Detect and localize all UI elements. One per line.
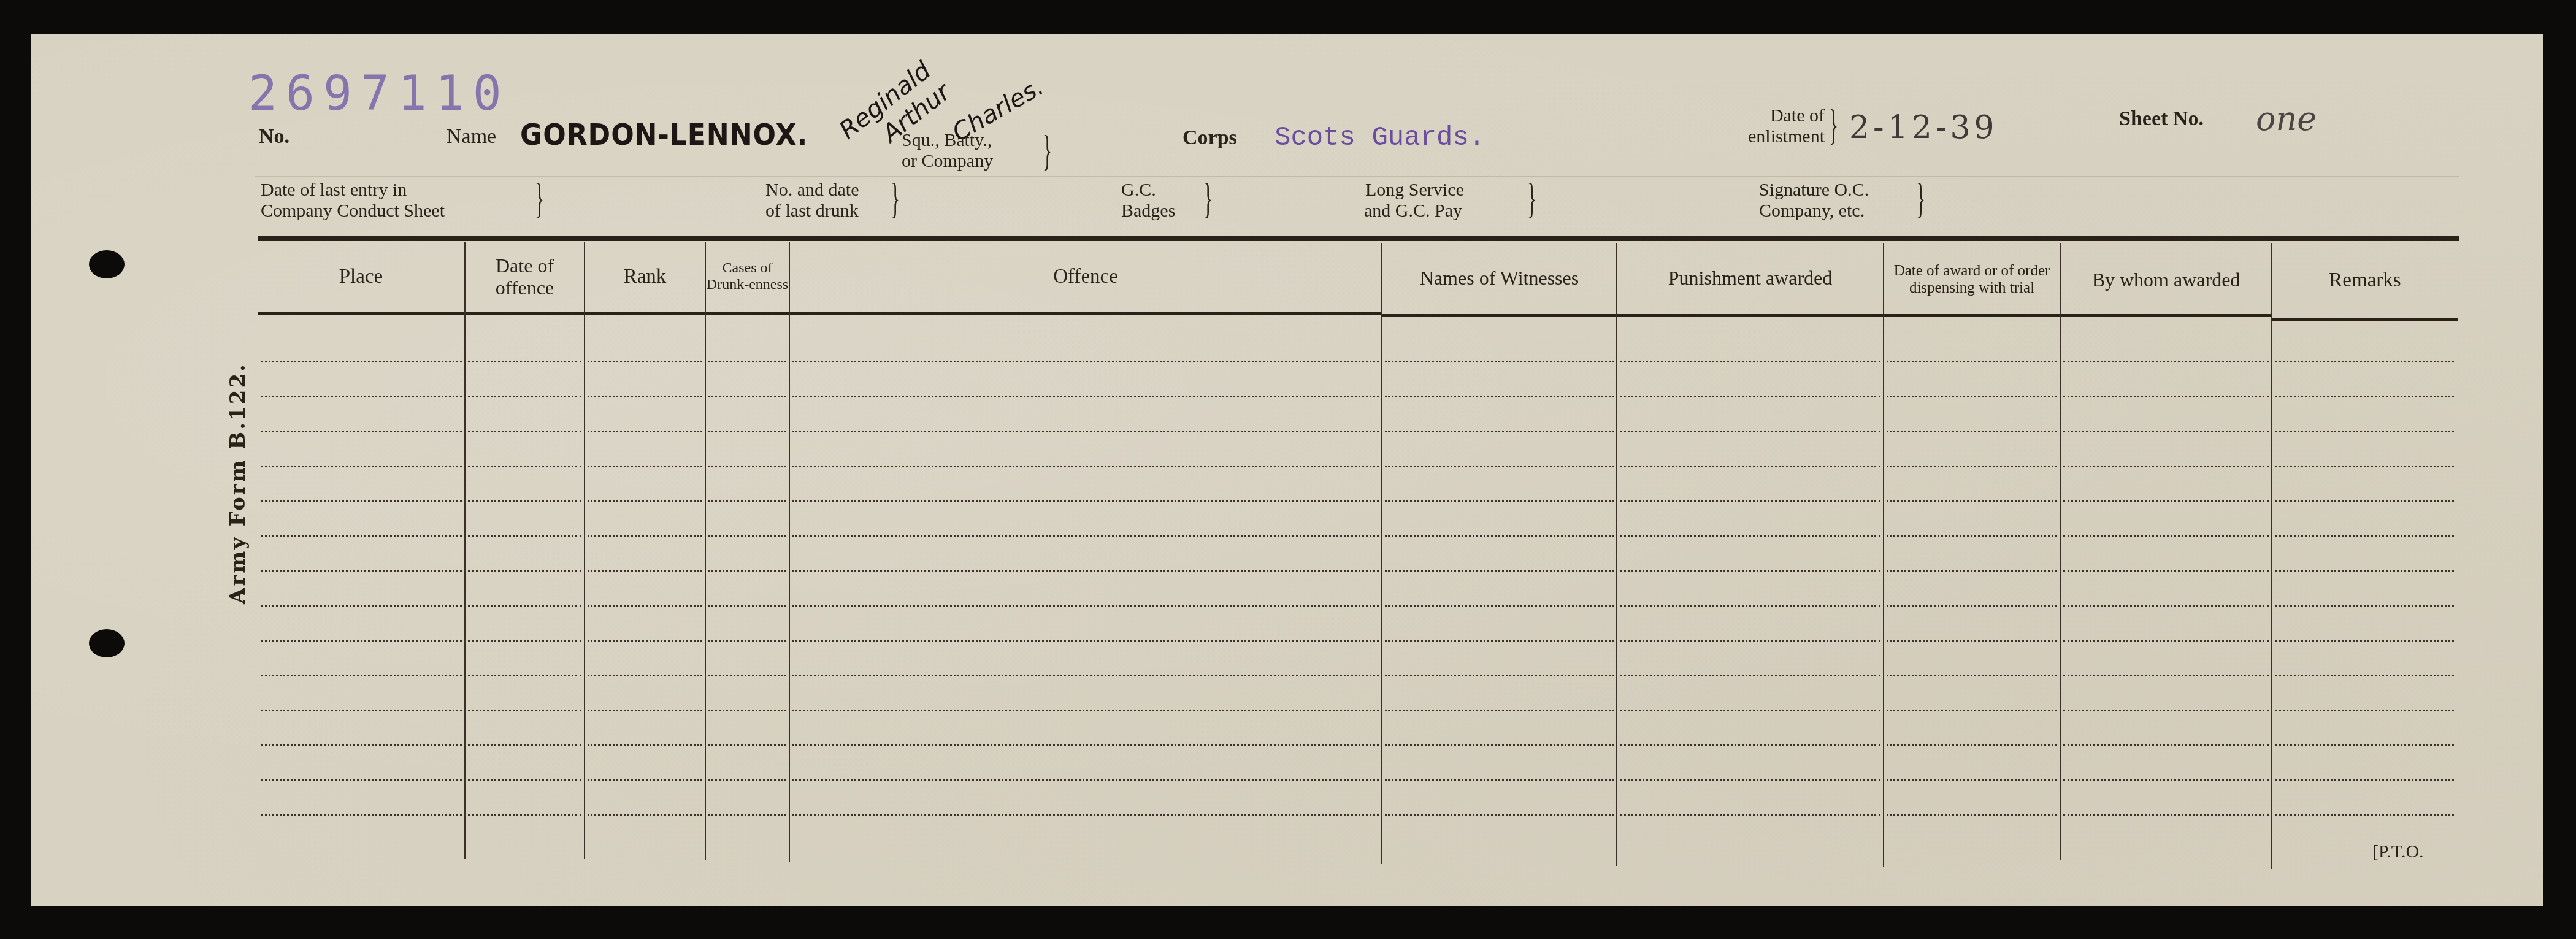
entry-row-line [792,500,1379,502]
entry-row-line [792,570,1379,572]
entry-row-line [1385,779,1614,781]
corps-value: Scots Guards. [1275,123,1485,153]
entry-row-line [588,500,702,502]
entry-row-line [792,744,1379,746]
entry-row-line [588,779,702,781]
entry-row-line [792,779,1379,781]
entry-row-line [1620,570,1880,572]
entry-row-line [588,640,702,642]
entry-row-line [468,605,581,607]
entry-row-line [261,396,462,397]
entry-row-line [468,710,581,711]
entry-row-line [588,570,702,572]
squ-label-line1: Squ., Batty., [902,130,992,150]
signature-label-line1: Signature O.C. [1759,180,1869,200]
enlistment-label-line2: enlistment [1717,126,1825,147]
entry-row-line [1620,675,1880,676]
col-header-offence: Offence [790,243,1381,310]
table-top-rule [258,236,2459,241]
entry-row-line [2063,500,2269,502]
gc-label-line1: G.C. [1121,180,1156,200]
entry-row-line [2275,396,2454,397]
entry-row-line [588,431,702,432]
column-divider [1616,243,1617,866]
entry-row-line [1385,466,1614,467]
punch-hole-top [89,250,125,278]
entry-row-line [2063,814,2269,816]
entry-row-line [708,570,786,572]
header-bottom-rule [2271,318,2458,321]
entry-row-line [468,640,581,642]
entry-row-line [2275,570,2454,572]
entry-row-line [2063,779,2269,781]
entry-row-line [708,744,786,746]
entry-row-line [792,396,1379,397]
entry-row-line [1887,431,2057,432]
entry-row-line [2275,466,2454,467]
column-divider [2271,243,2272,869]
entry-row-line [708,710,786,711]
brace: } [1829,104,1838,147]
entry-row-line [1385,814,1614,816]
entry-row-line [1620,396,1880,397]
entry-row-line [1620,710,1880,711]
sheet-no-label: Sheet No. [2119,108,2204,130]
entry-row-line [1620,466,1880,467]
entry-row-line [588,814,702,816]
entry-row-line [468,675,581,676]
entry-row-line [708,431,786,432]
entry-row-line [468,431,581,432]
punch-hole-bottom [89,629,125,657]
entry-row-line [792,814,1379,816]
column-divider [2060,243,2061,860]
entry-row-line [261,710,462,711]
entry-row-line [1887,466,2057,467]
entry-row-line [261,570,462,572]
entry-row-line [1620,814,1880,816]
entry-row-line [708,779,786,781]
entry-row-line [708,361,786,362]
entry-row-line [261,466,462,467]
brace: } [1203,178,1213,221]
entry-row-line [2275,640,2454,642]
entry-row-line [468,814,581,816]
entry-row-line [1385,535,1614,537]
entry-row-line [708,605,786,607]
squ-label-line2: or Company [902,151,993,171]
entry-row-line [1620,500,1880,502]
col-header-rank: Rank [585,243,705,310]
column-divider [1381,243,1382,864]
entry-row-line [1385,431,1614,432]
entry-row-line [1385,361,1614,362]
entry-row-line [792,675,1379,676]
entry-row-line [261,640,462,642]
entry-row-line [588,710,702,711]
entry-row-line [588,605,702,607]
long-service-label-line1: Long Service [1365,180,1464,200]
entry-row-line [261,500,462,502]
entry-row-line [1385,640,1614,642]
corps-label: Corps [1183,127,1237,149]
entry-row-line [2275,675,2454,676]
entry-row-line [468,779,581,781]
entry-row-line [708,675,786,676]
drunk-label-line2: of last drunk [765,201,859,221]
entry-row-line [468,361,581,362]
long-service-label-line2: and G.C. Pay [1364,201,1462,221]
last-entry-label-line2: Company Conduct Sheet [261,201,445,221]
col-header-by-whom-awarded: By whom awarded [2061,243,2271,316]
entry-row-line [1887,640,2057,642]
entry-row-line [1887,396,2057,397]
entry-row-line [2063,570,2269,572]
entry-row-line [1887,779,2057,781]
entry-row-line [1385,570,1614,572]
entry-row-line [588,675,702,676]
entry-row-line [1385,710,1614,711]
entry-row-line [1385,744,1614,746]
entry-row-line [1887,744,2057,746]
entry-row-line [588,361,702,362]
entry-row-line [261,361,462,362]
entry-row-line [1620,431,1880,432]
entry-row-line [468,535,581,537]
entry-row-line [1887,675,2057,676]
entry-row-line [2275,779,2454,781]
entry-row-line [468,500,581,502]
column-divider [705,242,706,860]
sheet-no-value: one [2256,99,2317,138]
entry-row-line [708,535,786,537]
enlistment-date-value: 2-12-39 [1849,109,1998,146]
col-header-place: Place [258,243,464,310]
entry-row-line [1620,744,1880,746]
entry-row-line [468,396,581,397]
brace: } [535,178,544,221]
entry-row-line [468,466,581,467]
entry-row-line [261,779,462,781]
pto-note: [P.T.O. [2372,841,2424,862]
entry-row-line [2063,640,2269,642]
entry-row-line [261,605,462,607]
entry-row-line [468,744,581,746]
form-number: Army Form B.122. [226,362,250,604]
entry-row-line [261,431,462,432]
entry-row-line [1620,361,1880,362]
name-label: Name [447,126,496,148]
entry-row-line [1620,640,1880,642]
entry-row-line [588,744,702,746]
entry-row-line [1887,535,2057,537]
entry-row-line [2063,710,2269,711]
drunk-label-line1: No. and date [765,180,859,200]
column-divider [584,242,585,859]
entry-row-line [1620,605,1880,607]
col-header-cases-of-drunkenness: Cases of Drunk-enness [706,243,789,310]
entry-row-line [708,396,786,397]
header-bottom-rule [1381,314,2271,317]
entry-row-line [1887,814,2057,816]
entry-row-line [1620,535,1880,537]
entry-row-line [261,814,462,816]
entry-row-line [2063,361,2269,362]
entry-row-line [1385,500,1614,502]
last-entry-label-line1: Date of last entry in [261,180,407,200]
enlistment-label-line1: Date of [1736,105,1825,126]
entry-row-line [708,500,786,502]
entry-row-line [792,535,1379,537]
entry-row-line [2063,744,2269,746]
entry-row-line [2063,396,2269,397]
brace: } [891,178,900,221]
entry-row-line [1887,361,2057,362]
entry-row-line [261,744,462,746]
brace: } [1527,178,1536,221]
entry-row-line [588,396,702,397]
col-header-date-of-offence: Date of offence [466,243,584,310]
col-header-date-of-award: Date of award or of order dispensing wit… [1884,243,2060,316]
gc-label-line2: Badges [1121,201,1175,221]
conduct-sheet-form [31,34,2543,906]
regimental-number-stamp: 2697110 [248,66,510,121]
col-header-names-of-witnesses: Names of Witnesses [1382,243,1616,313]
entry-row-line [1887,605,2057,607]
entry-row-line [1385,396,1614,397]
entry-row-line [588,466,702,467]
entry-row-line [1887,710,2057,711]
entry-row-line [1887,570,2057,572]
entry-row-line [2063,431,2269,432]
entry-row-line [2275,710,2454,711]
entry-row-line [792,361,1379,362]
no-label: No. [259,126,289,148]
entry-row-line [2063,466,2269,467]
entry-row-line [2063,535,2269,537]
entry-row-line [2275,814,2454,816]
entry-row-line [708,640,786,642]
entry-row-line [2275,535,2454,537]
entry-row-line [1887,500,2057,502]
entry-row-line [2275,744,2454,746]
entry-row-line [588,535,702,537]
entry-row-line [708,466,786,467]
entry-row-line [2275,361,2454,362]
entry-row-line [2275,431,2454,432]
entry-row-line [792,640,1379,642]
entry-row-line [2275,605,2454,607]
entry-row-line [261,535,462,537]
column-divider [1883,243,1884,867]
entry-row-line [2063,675,2269,676]
entry-row-line [708,814,786,816]
entry-row-line [792,605,1379,607]
entry-row-line [1385,675,1614,676]
entry-row-line [261,675,462,676]
entry-row-line [2275,500,2454,502]
entry-row-line [2063,605,2269,607]
entry-row-line [792,431,1379,432]
entry-row-line [792,466,1379,467]
faint-divider [255,176,2459,177]
entry-row-line [1620,779,1880,781]
signature-label-line2: Company, etc. [1759,201,1865,221]
entry-row-line [468,570,581,572]
entry-row-line [1385,605,1614,607]
header-bottom-rule [258,312,1381,315]
col-header-punishment-awarded: Punishment awarded [1617,243,1883,313]
brace: } [1916,178,1925,221]
col-header-remarks: Remarks [2272,243,2458,318]
surname-value: GORDON-LENNOX. [520,118,808,152]
column-divider [789,242,790,862]
column-divider [464,242,466,859]
brace: } [1043,130,1052,173]
entry-row-line [792,710,1379,711]
